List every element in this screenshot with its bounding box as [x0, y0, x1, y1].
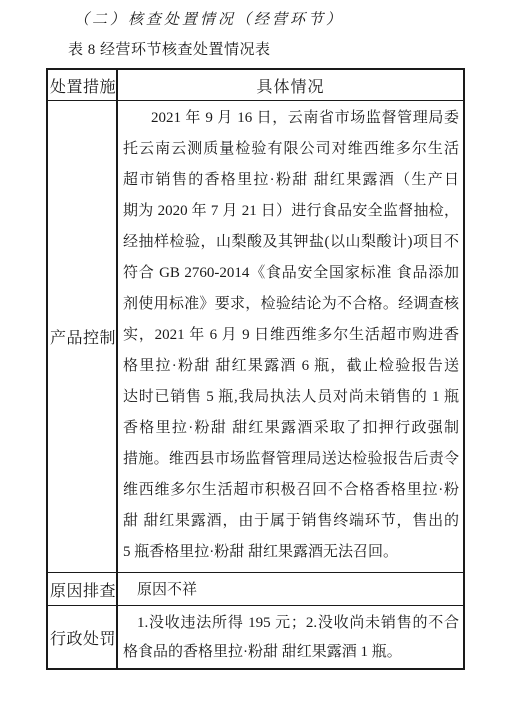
document-page: （二）核查处置情况（经营环节） 表 8 经营环节核查处置情况表 处置措施 具体情… [0, 0, 520, 717]
text-line: 2021 年 9 月 16 日，云南省市场监督管理局委 [123, 103, 459, 134]
table-row-product-control: 产品控制 2021 年 9 月 16 日，云南省市场监督管理局委 托云南云测质量… [48, 100, 463, 572]
table-header-row: 处置措施 具体情况 [48, 70, 463, 100]
disposal-table: 处置措施 具体情况 产品控制 2021 年 9 月 16 日，云南省市场监督管理… [46, 68, 465, 670]
table-caption: 表 8 经营环节核查处置情况表 [68, 40, 271, 60]
row-label-product-control: 产品控制 [48, 101, 118, 572]
text-line: 维西维多尔生活超市积极召回不合格香格里拉·粉 [123, 475, 459, 506]
text-line: 措施。维西县市场监督管理局送达检验报告后责令 [123, 444, 459, 475]
text-line: 格食品的香格里拉·粉甜 甜红果露酒 1 瓶。 [123, 637, 459, 666]
header-cell-measure: 处置措施 [48, 70, 118, 100]
text-line: 1.没收违法所得 195 元；2.没收尚未销售的不合 [123, 608, 459, 637]
text-line: 托云南云测质量检验有限公司对维西维多尔生活 [123, 134, 459, 165]
row-label-administrative-penalty: 行政处罚 [48, 606, 118, 668]
row-label-cause-investigation: 原因排查 [48, 573, 118, 605]
text-line: 甜 甜红果露酒，由于属于销售终端环节，售出的 [123, 506, 459, 537]
header-cell-detail: 具体情况 [118, 70, 463, 100]
cell-product-control-detail: 2021 年 9 月 16 日，云南省市场监督管理局委 托云南云测质量检验有限公… [118, 101, 463, 572]
table-row-cause-investigation: 原因排查 原因不祥 [48, 572, 463, 605]
table-row-administrative-penalty: 行政处罚 1.没收违法所得 195 元；2.没收尚未销售的不合 格食品的香格里拉… [48, 605, 463, 668]
cell-penalty-detail: 1.没收违法所得 195 元；2.没收尚未销售的不合 格食品的香格里拉·粉甜 甜… [118, 606, 463, 668]
text-line: 符合 GB 2760-2014《食品安全国家标准 食品添加 [123, 258, 459, 289]
text-line: 达时已销售 5 瓶,我局执法人员对尚未销售的 1 瓶 [123, 382, 459, 413]
text-line: 剂使用标准》要求，检验结论为不合格。经调查核 [123, 289, 459, 320]
text-line: 超市销售的香格里拉·粉甜 甜红果露酒（生产日 [123, 165, 459, 196]
text-line: 格里拉·粉甜 甜红果露酒 6 瓶，截止检验报告送 [123, 351, 459, 382]
section-heading: （二）核查处置情况（经营环节） [74, 10, 344, 30]
cell-cause-detail: 原因不祥 [118, 573, 463, 605]
text-line: 实，2021 年 6 月 9 日维西维多尔生活超市购进香 [123, 320, 459, 351]
text-line: 经抽样检验，山梨酸及其钾盐(以山梨酸计)项目不 [123, 227, 459, 258]
text-line: 香格里拉·粉甜 甜红果露酒采取了扣押行政强制 [123, 413, 459, 444]
text-line: 期为 2020 年 7 月 21 日）进行食品安全监督抽检， [123, 196, 459, 227]
text-line: 5 瓶香格里拉·粉甜 甜红果露酒无法召回。 [123, 537, 459, 568]
text-line: 原因不祥 [123, 575, 459, 603]
